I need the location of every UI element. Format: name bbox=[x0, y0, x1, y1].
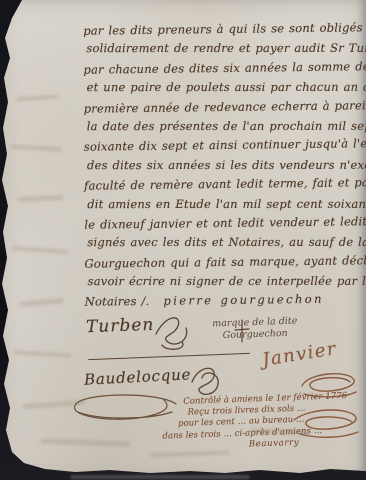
act-closing-line: Notaires /.pierre gourguechon bbox=[85, 292, 361, 315]
act-line: dit amiens en Etude l'an mil sept cent s… bbox=[87, 196, 360, 216]
act-line: la date des présentes de l'an prochain m… bbox=[87, 119, 360, 139]
act-line: solidairement de rendre et payer audit S… bbox=[86, 41, 359, 61]
act-line: et une paire de poulets aussi par chacun… bbox=[87, 80, 360, 100]
act-line: par les dits preneurs à qui ils se sont … bbox=[83, 20, 359, 43]
act-line: signés avec les dits et Notaires, au sau… bbox=[87, 235, 360, 255]
act-line: Gourguechon qui a fait sa marque, ayant … bbox=[84, 253, 360, 276]
act-line: savoir écrire ni signer de ce interpellé… bbox=[88, 274, 361, 294]
pierre-gourguechon-name: pierre gourguechon bbox=[163, 292, 324, 308]
scanned-manuscript-page: par les dits preneurs à qui ils se sont … bbox=[0, 0, 366, 480]
act-line: première année de redevance echerra à pa… bbox=[84, 98, 360, 121]
act-line-text: Notaires /. bbox=[85, 294, 150, 309]
scan-bottom-page-edge bbox=[70, 475, 250, 479]
gourguechon-mark-caption: marque de la dite Gourguechon bbox=[196, 315, 315, 343]
act-line: faculté de remère avant ledit terme, fai… bbox=[84, 175, 360, 198]
act-line: par chacune des dites six années la somm… bbox=[83, 59, 359, 82]
controle-annotation: Contrôlé à amiens le 1er février 1776 Re… bbox=[161, 390, 366, 453]
act-line: soixante dix sept et ainsi continuer jus… bbox=[84, 137, 360, 160]
act-text-block: par les dits preneurs à qui ils se sont … bbox=[83, 21, 361, 313]
act-line: le dixneuf janvier et ont ledit vendeur … bbox=[84, 214, 360, 237]
signature-turben: Turben bbox=[86, 315, 155, 337]
turben-paraph-icon bbox=[152, 312, 198, 352]
gourguechon-mark-cross-icon bbox=[233, 318, 251, 344]
act-line-text: par chacune des dites six années la somm… bbox=[83, 59, 366, 76]
baudelocque-paraph-icon bbox=[186, 362, 226, 398]
act-line: des dites six années si les dits vendeur… bbox=[87, 158, 360, 178]
